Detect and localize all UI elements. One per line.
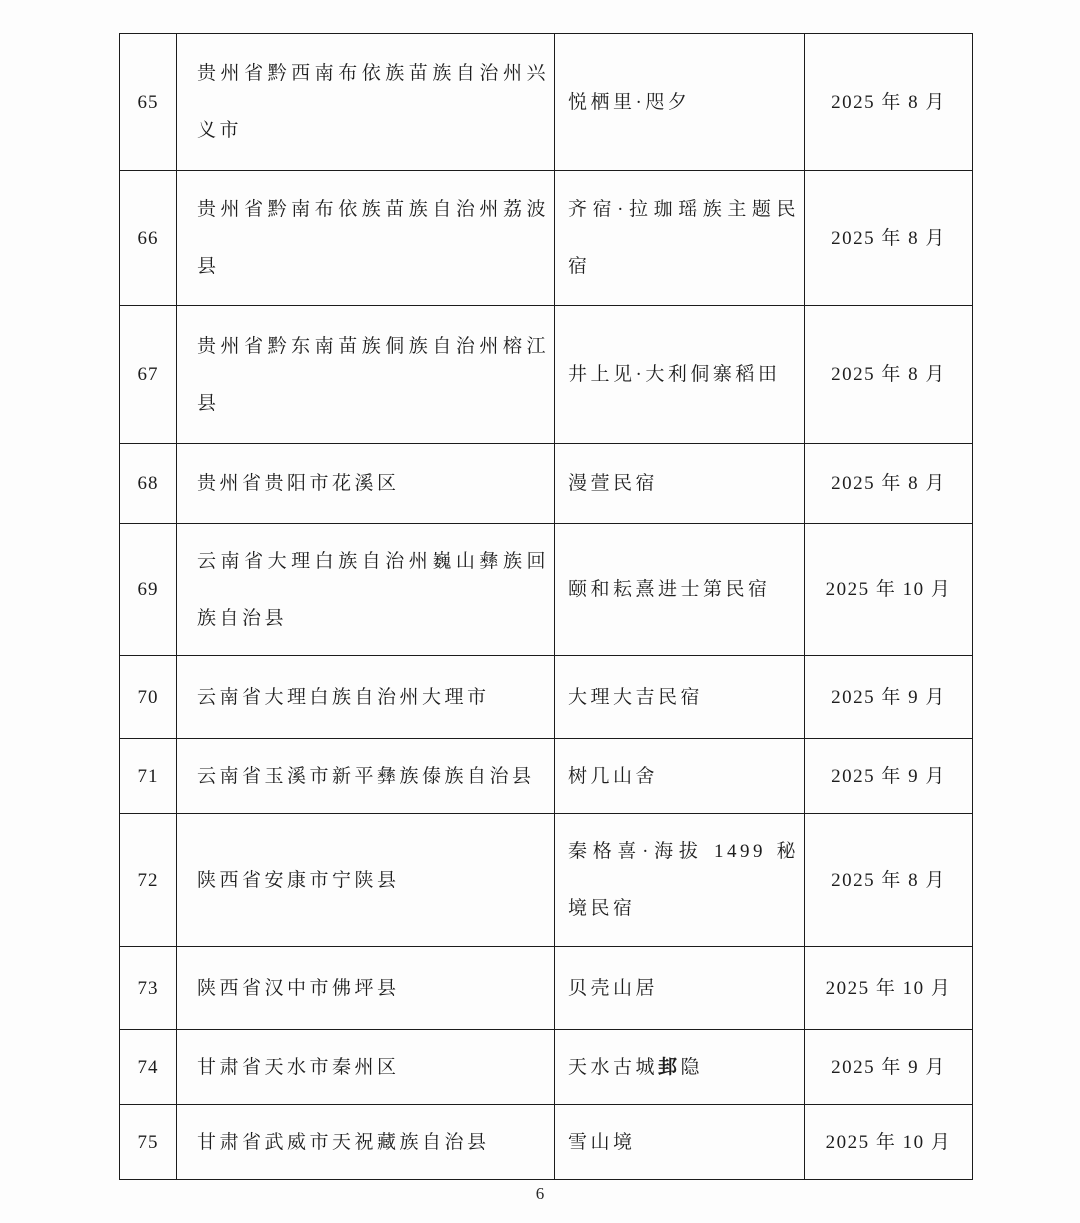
table-row: 75甘肃省武威市天祝藏族自治县雪山境2025 年 10 月 <box>120 1105 973 1180</box>
table-row: 68贵州省贵阳市花溪区漫萱民宿2025 年 8 月 <box>120 444 973 524</box>
row-name: 齐宿·拉珈瑶族主题民宿 <box>555 171 805 306</box>
row-number: 75 <box>120 1105 177 1180</box>
row-date: 2025 年 8 月 <box>805 814 973 947</box>
row-number: 66 <box>120 171 177 306</box>
row-location: 贵州省黔南布依族苗族自治州荔波县 <box>177 171 555 306</box>
row-number: 67 <box>120 306 177 444</box>
row-number: 68 <box>120 444 177 524</box>
row-number: 72 <box>120 814 177 947</box>
row-number: 74 <box>120 1030 177 1105</box>
row-name: 贝壳山居 <box>555 947 805 1030</box>
row-date: 2025 年 10 月 <box>805 1105 973 1180</box>
row-name: 悦栖里·咫夕 <box>555 34 805 171</box>
table-row: 72陕西省安康市宁陕县秦格喜·海拔 1499 秘境民宿2025 年 8 月 <box>120 814 973 947</box>
table-row: 70云南省大理白族自治州大理市大理大吉民宿2025 年 9 月 <box>120 656 973 739</box>
row-location: 云南省大理白族自治州大理市 <box>177 656 555 739</box>
row-number: 71 <box>120 739 177 814</box>
row-location: 贵州省黔西南布依族苗族自治州兴义市 <box>177 34 555 171</box>
row-date: 2025 年 8 月 <box>805 444 973 524</box>
table-row: 67贵州省黔东南苗族侗族自治州榕江县井上见·大利侗寨稻田2025 年 8 月 <box>120 306 973 444</box>
row-number: 65 <box>120 34 177 171</box>
table-row: 66贵州省黔南布依族苗族自治州荔波县齐宿·拉珈瑶族主题民宿2025 年 8 月 <box>120 171 973 306</box>
row-date: 2025 年 10 月 <box>805 947 973 1030</box>
row-date: 2025 年 9 月 <box>805 739 973 814</box>
row-location: 贵州省贵阳市花溪区 <box>177 444 555 524</box>
row-location: 云南省玉溪市新平彝族傣族自治县 <box>177 739 555 814</box>
homestay-table-body: 65贵州省黔西南布依族苗族自治州兴义市悦栖里·咫夕2025 年 8 月66贵州省… <box>120 34 973 1180</box>
table-row: 65贵州省黔西南布依族苗族自治州兴义市悦栖里·咫夕2025 年 8 月 <box>120 34 973 171</box>
row-name: 天水古城邽隐 <box>555 1030 805 1105</box>
row-date: 2025 年 10 月 <box>805 524 973 656</box>
row-name: 树几山舍 <box>555 739 805 814</box>
table-row: 71云南省玉溪市新平彝族傣族自治县树几山舍2025 年 9 月 <box>120 739 973 814</box>
page-number: 6 <box>0 1184 1080 1204</box>
table-row: 69云南省大理白族自治州巍山彝族回族自治县颐和耘熹进士第民宿2025 年 10 … <box>120 524 973 656</box>
row-location: 陕西省汉中市佛坪县 <box>177 947 555 1030</box>
row-name: 秦格喜·海拔 1499 秘境民宿 <box>555 814 805 947</box>
row-name: 大理大吉民宿 <box>555 656 805 739</box>
row-name: 井上见·大利侗寨稻田 <box>555 306 805 444</box>
row-date: 2025 年 8 月 <box>805 34 973 171</box>
bold-fallback-glyph: 邽 <box>658 1056 681 1078</box>
table-row: 73陕西省汉中市佛坪县贝壳山居2025 年 10 月 <box>120 947 973 1030</box>
document-page: 65贵州省黔西南布依族苗族自治州兴义市悦栖里·咫夕2025 年 8 月66贵州省… <box>0 0 1080 1223</box>
homestay-table: 65贵州省黔西南布依族苗族自治州兴义市悦栖里·咫夕2025 年 8 月66贵州省… <box>119 33 973 1180</box>
row-date: 2025 年 8 月 <box>805 306 973 444</box>
row-date: 2025 年 9 月 <box>805 656 973 739</box>
row-number: 70 <box>120 656 177 739</box>
row-location: 甘肃省天水市秦州区 <box>177 1030 555 1105</box>
row-name: 颐和耘熹进士第民宿 <box>555 524 805 656</box>
row-name: 漫萱民宿 <box>555 444 805 524</box>
table-row: 74甘肃省天水市秦州区天水古城邽隐2025 年 9 月 <box>120 1030 973 1105</box>
row-location: 陕西省安康市宁陕县 <box>177 814 555 947</box>
row-number: 69 <box>120 524 177 656</box>
row-location: 云南省大理白族自治州巍山彝族回族自治县 <box>177 524 555 656</box>
row-date: 2025 年 9 月 <box>805 1030 973 1105</box>
row-location: 甘肃省武威市天祝藏族自治县 <box>177 1105 555 1180</box>
row-location: 贵州省黔东南苗族侗族自治州榕江县 <box>177 306 555 444</box>
row-number: 73 <box>120 947 177 1030</box>
row-name: 雪山境 <box>555 1105 805 1180</box>
row-date: 2025 年 8 月 <box>805 171 973 306</box>
